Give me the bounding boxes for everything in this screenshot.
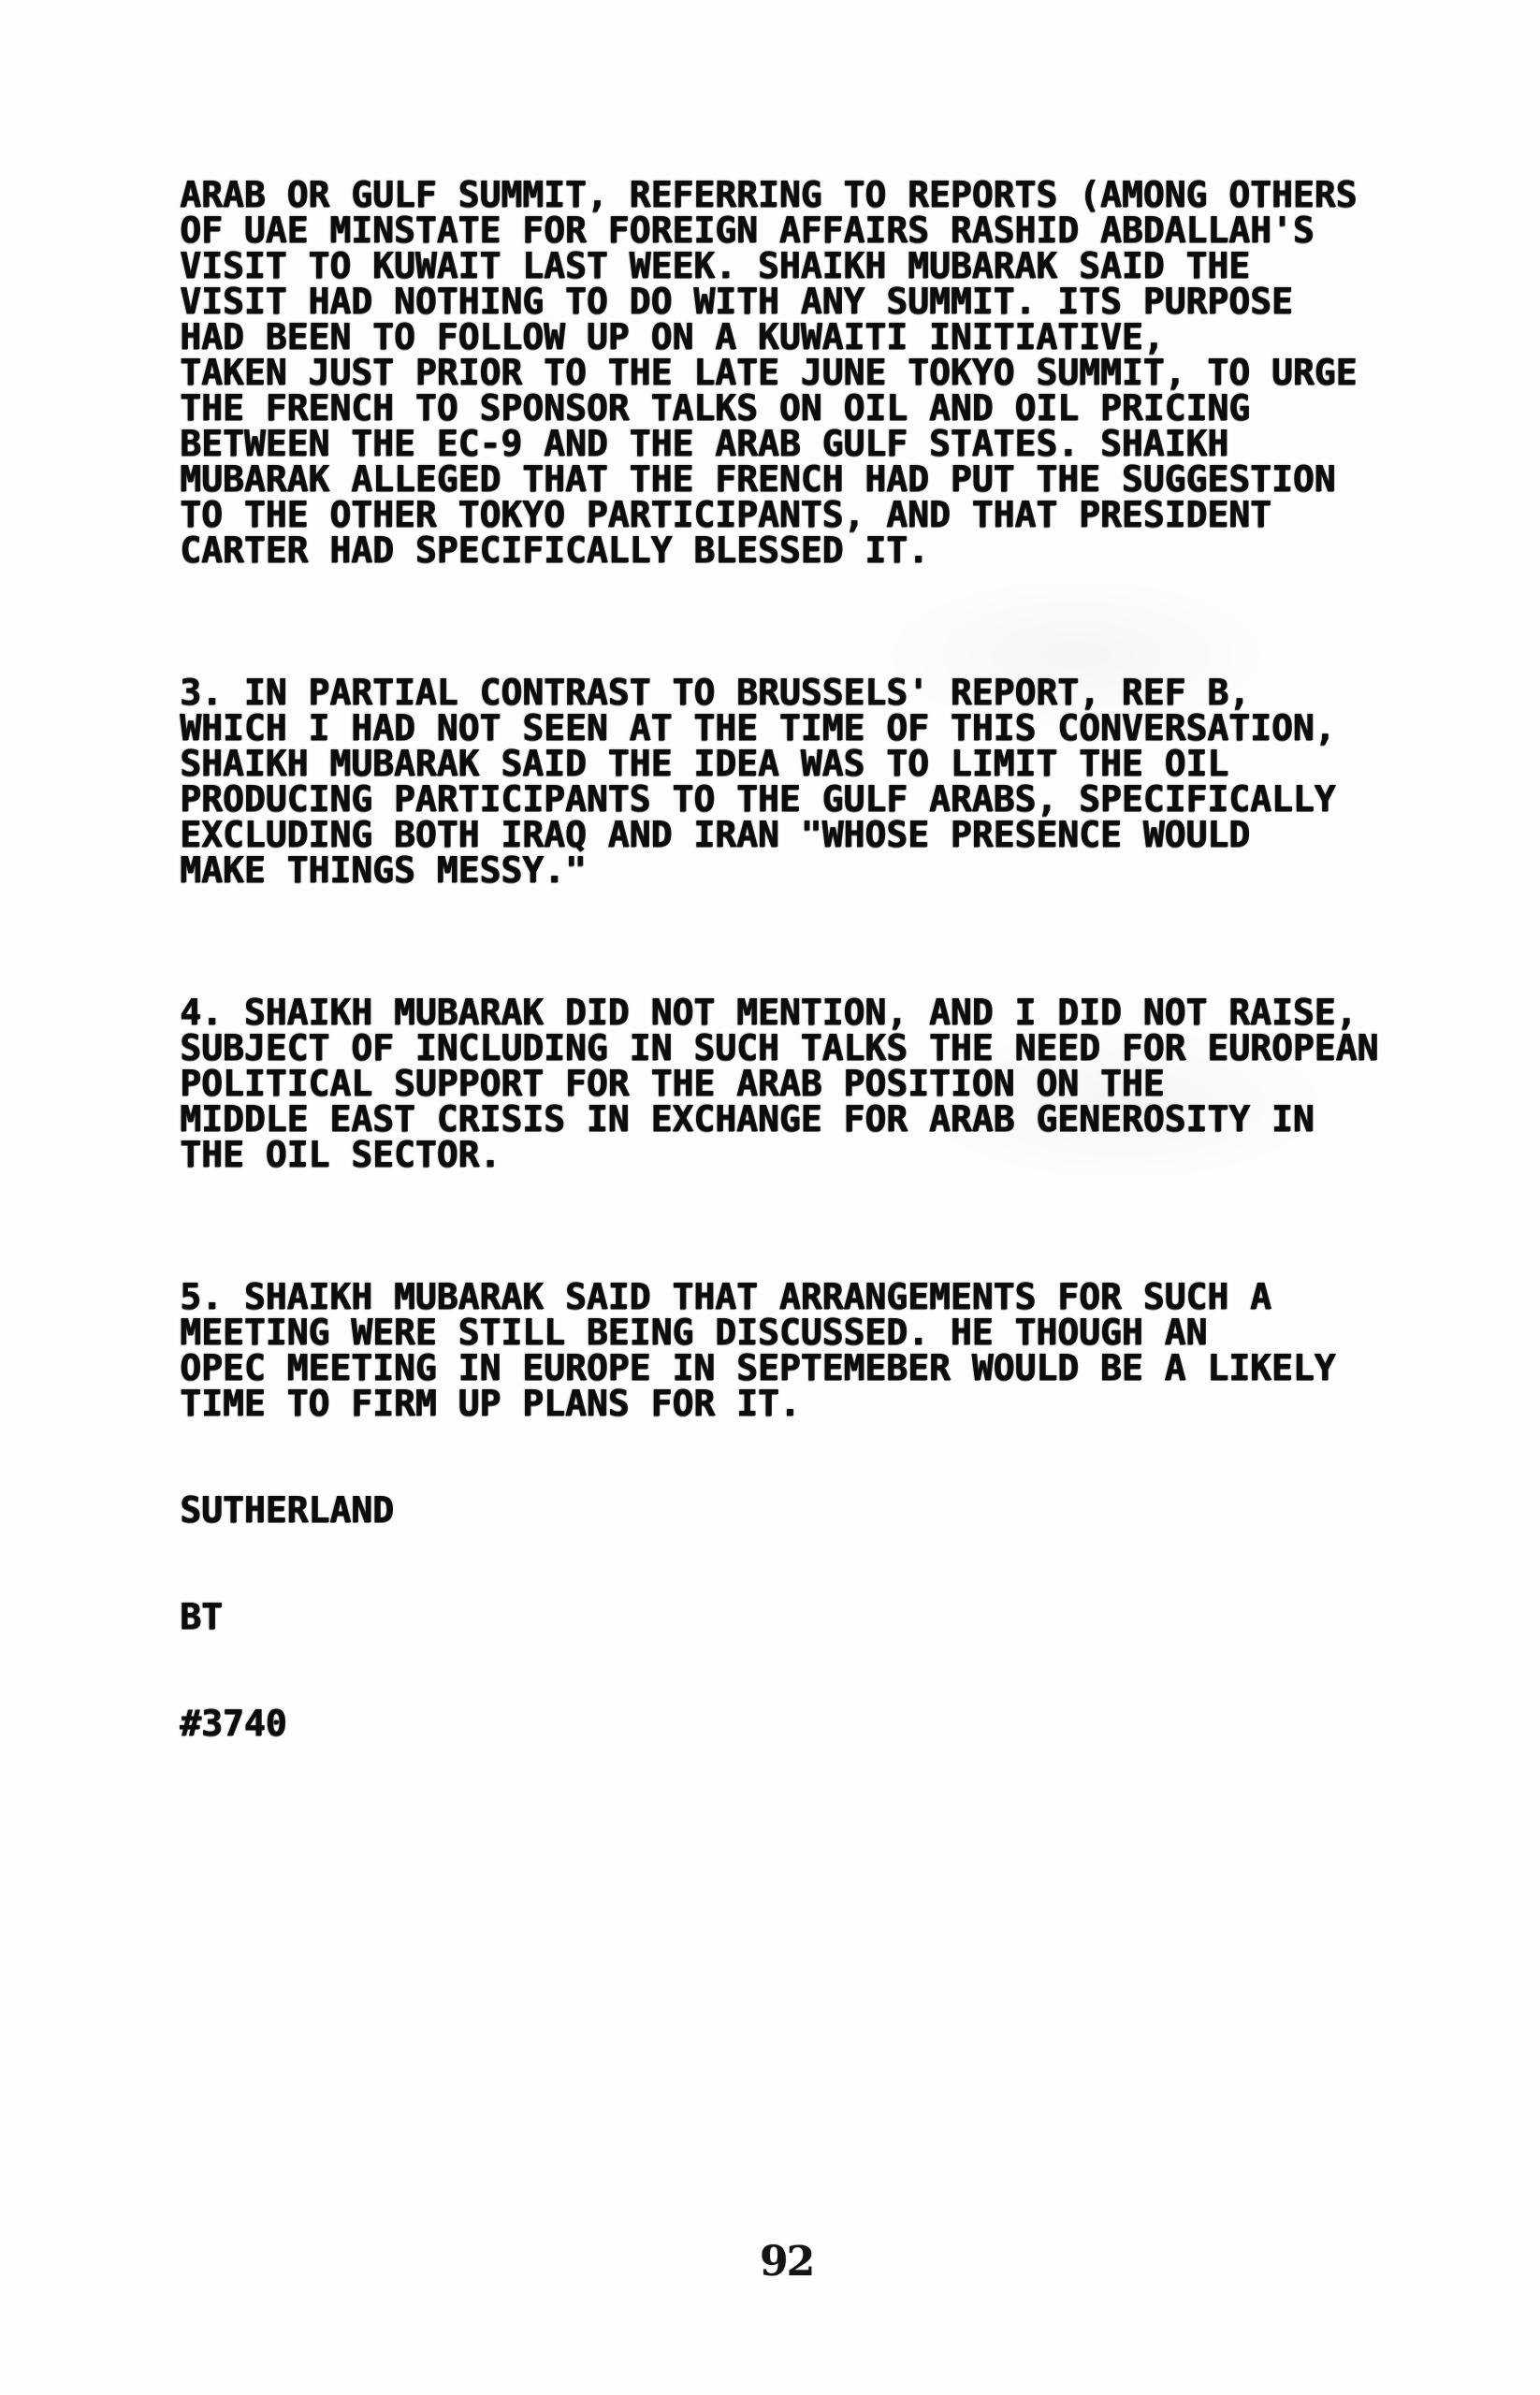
telegram-serial-number: #3740 <box>180 1706 1378 1741</box>
page-number: 92 <box>760 2242 813 2283</box>
paragraph-continuation: ARAB OR GULF SUMMIT, REFERRING TO REPORT… <box>180 177 1378 568</box>
scanned-document-page: ARAB OR GULF SUMMIT, REFERRING TO REPORT… <box>0 0 1540 2395</box>
paragraph-3: 3. IN PARTIAL CONTRAST TO BRUSSELS' REPO… <box>180 675 1378 888</box>
signature-sender: SUTHERLAND <box>180 1492 1378 1528</box>
paragraph-5: 5. SHAIKH MUBARAK SAID THAT ARRANGEMENTS… <box>180 1279 1378 1421</box>
paragraph-4: 4. SHAIKH MUBARAK DID NOT MENTION, AND I… <box>180 994 1378 1172</box>
cable-body-text: ARAB OR GULF SUMMIT, REFERRING TO REPORT… <box>180 106 1378 1812</box>
telegram-bt-marker: BT <box>180 1599 1378 1634</box>
